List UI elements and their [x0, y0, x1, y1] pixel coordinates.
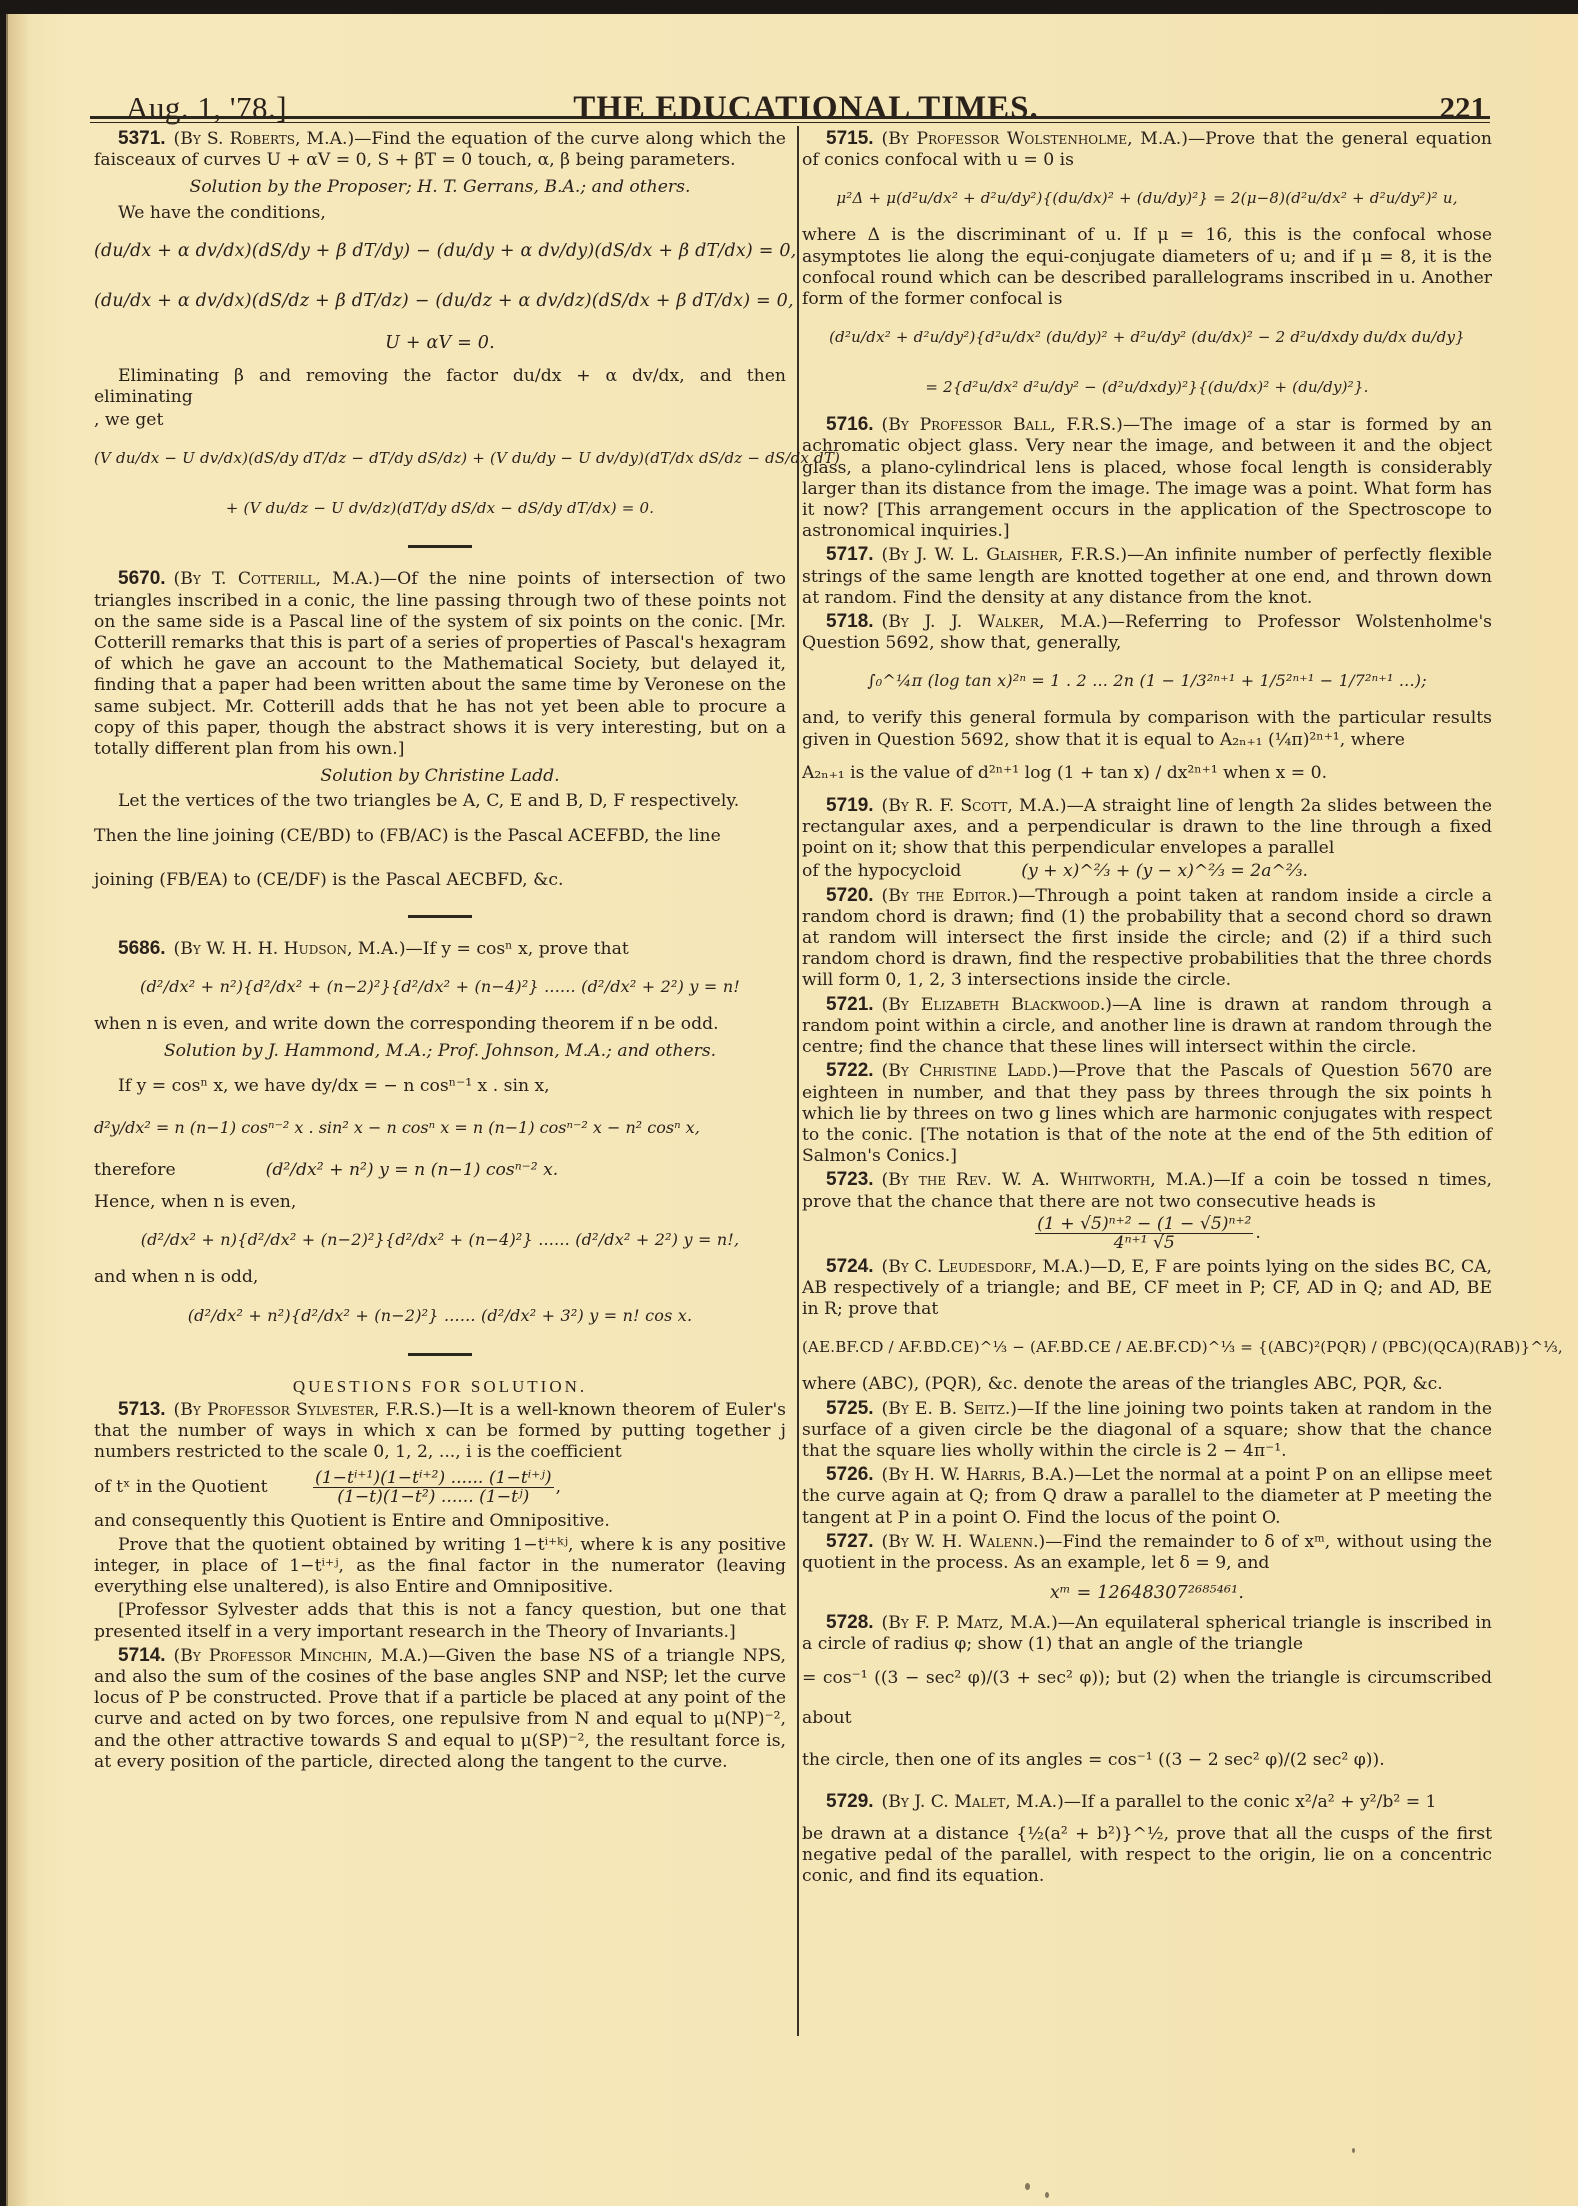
question-number: 5729. — [826, 1791, 874, 1812]
fraction-numerator: (1−tⁱ⁺¹)(1−tⁱ⁺²) ...... (1−tⁱ⁺ʲ) — [313, 1469, 554, 1488]
solution-text: We have the conditions, — [94, 203, 786, 224]
solution-text: If y = cosⁿ x, we have dy/dx = − n cosⁿ⁻… — [94, 1066, 786, 1106]
question-5713: 5713.(By Professor Sylvester, F.R.S.)—It… — [94, 1399, 786, 1643]
question-text: where (ABC), (PQR), &c. denote the areas… — [802, 1374, 1492, 1395]
question-author: (By T. Cotterill, M.A.) — [174, 569, 380, 589]
question-author: (By E. B. Seitz.) — [882, 1399, 1017, 1419]
solution-text: therefore — [94, 1160, 176, 1180]
solution-text: , we get — [94, 410, 786, 431]
question-author: (By Professor Wolstenholme, M.A.) — [882, 129, 1188, 149]
question-number: 5724. — [826, 1256, 874, 1277]
question-5721: 5721.(By Elizabeth Blackwood.)—A line is… — [802, 994, 1492, 1059]
ink-speck — [1025, 2183, 1030, 2190]
question-number: 5725. — [826, 1398, 874, 1419]
question-5715: 5715.(By Professor Wolstenholme, M.A.)—P… — [802, 128, 1492, 410]
equation: U + αV = 0. — [94, 328, 786, 358]
ink-speck — [1352, 2148, 1355, 2153]
question-number: 5670. — [118, 568, 166, 589]
question-text: —If a parallel to the conic x²/a² + y²/b… — [1064, 1792, 1437, 1812]
question-text: where Δ is the discriminant of u. If μ =… — [802, 225, 1492, 310]
equation: (y + x)^⅔ + (y − x)^⅔ = 2a^⅔. — [1021, 861, 1308, 881]
question-5722: 5722.(By Christine Ladd.)—Prove that the… — [802, 1060, 1492, 1167]
equation: (d²/dx² + n²){d²/dx² + (n−2)²} ...... (d… — [94, 1293, 786, 1339]
question-author: (By J. W. L. Glaisher, F.R.S.) — [882, 545, 1128, 565]
question-text: of tˣ in the Quotient — [94, 1477, 268, 1497]
question-number: 5371. — [118, 128, 166, 149]
left-column: 5371.(By S. Roberts, M.A.)—Find the equa… — [94, 128, 786, 1775]
question-author: (By Elizabeth Blackwood.) — [882, 995, 1112, 1015]
question-5719: 5719.(By R. F. Scott, M.A.)—A straight l… — [802, 795, 1492, 883]
question-number: 5728. — [826, 1612, 874, 1633]
question-number: 5718. — [826, 611, 874, 632]
question-5716: 5716.(By Professor Ball, F.R.S.)—The ima… — [802, 414, 1492, 542]
question-author: (By J. C. Malet, M.A.) — [882, 1792, 1064, 1812]
question-5686: 5686.(By W. H. H. Hudson, M.A.)—If y = c… — [94, 938, 786, 1339]
question-5670: 5670.(By T. Cotterill, M.A.)—Of the nine… — [94, 568, 786, 900]
question-5717: 5717.(By J. W. L. Glaisher, F.R.S.)—An i… — [802, 544, 1492, 609]
question-number: 5726. — [826, 1464, 874, 1485]
question-number: 5713. — [118, 1399, 166, 1420]
question-number: 5720. — [826, 885, 874, 906]
question-author: (By C. Leudesdorf, M.A.) — [882, 1257, 1091, 1277]
equation: + (V du/dz − U dv/dz)(dT/dy dS/dx − dS/d… — [94, 485, 786, 531]
question-number: 5722. — [826, 1060, 874, 1081]
question-number: 5716. — [826, 414, 874, 435]
fraction-numerator: (1 + √5)ⁿ⁺² − (1 − √5)ⁿ⁺² — [1035, 1215, 1253, 1234]
ink-speck — [1045, 2192, 1049, 2198]
question-text: when n is even, and write down the corre… — [94, 1014, 786, 1035]
quotient-fraction: (1−tⁱ⁺¹)(1−tⁱ⁺²) ...... (1−tⁱ⁺ʲ) (1−t)(1… — [313, 1469, 554, 1506]
solution-text: Let the vertices of the two triangles be… — [94, 791, 786, 812]
question-author: (By the Editor.) — [882, 886, 1019, 906]
question-author: (By the Rev. W. A. Whitworth, M.A.) — [882, 1170, 1214, 1190]
question-text: of the hypocycloid — [802, 861, 961, 881]
solution-text: Then the line joining (CE/BD) to (FB/AC)… — [94, 815, 786, 857]
equation: (d²/dx² + n²) y = n (n−1) cosⁿ⁻² x. — [266, 1160, 559, 1180]
question-number: 5723. — [826, 1169, 874, 1190]
solution-byline: Solution by J. Hammond, M.A.; Prof. John… — [94, 1041, 786, 1062]
question-5728: 5728.(By F. P. Matz, M.A.)—An equilatera… — [802, 1612, 1492, 1779]
equation: (du/dx + α dv/dx)(dS/dz + β dT/dz) − (du… — [94, 278, 786, 324]
question-author: (By J. J. Walker, M.A.) — [882, 612, 1108, 632]
question-text: A₂ₙ₊₁ is the value of d²ⁿ⁺¹ log (1 + tan… — [802, 753, 1492, 793]
fraction-denominator: (1−t)(1−t²) ...... (1−tʲ) — [313, 1488, 554, 1506]
question-5718: 5718.(By J. J. Walker, M.A.)—Referring t… — [802, 611, 1492, 793]
solution-text: Hence, when n is even, — [94, 1192, 786, 1213]
fraction-denominator: 4ⁿ⁺¹ √5 — [1035, 1234, 1253, 1252]
question-number: 5686. — [118, 938, 166, 959]
question-text: = cos⁻¹ ((3 − sec² φ)/(3 + sec² φ)); but… — [802, 1658, 1492, 1738]
question-text: the circle, then one of its angles = cos… — [802, 1740, 1492, 1780]
question-text: and, to verify this general formula by c… — [802, 708, 1492, 750]
section-separator — [408, 545, 472, 548]
section-heading: QUESTIONS FOR SOLUTION. — [94, 1376, 786, 1397]
question-5727: 5727.(By W. H. Walenn.)—Find the remaind… — [802, 1531, 1492, 1608]
question-number: 5714. — [118, 1645, 166, 1666]
right-column: 5715.(By Professor Wolstenholme, M.A.)—P… — [802, 128, 1492, 1889]
question-author: (By S. Roberts, M.A.) — [174, 129, 355, 149]
question-text: and consequently this Quotient is Entire… — [94, 1511, 786, 1532]
header-rule — [90, 116, 1490, 123]
probability-fraction: (1 + √5)ⁿ⁺² − (1 − √5)ⁿ⁺² 4ⁿ⁺¹ √5 — [1035, 1215, 1253, 1252]
solution-text: Eliminating β and removing the factor du… — [94, 366, 786, 408]
question-number: 5717. — [826, 544, 874, 565]
question-author: (By W. H. H. Hudson, M.A.) — [174, 939, 406, 959]
question-5723: 5723.(By the Rev. W. A. Whitworth, M.A.)… — [802, 1169, 1492, 1251]
question-author: (By Professor Ball, F.R.S.) — [882, 415, 1123, 435]
equation: (V du/dx − U dv/dx)(dS/dy dT/dz − dT/dy … — [94, 435, 786, 481]
solution-byline: Solution by Christine Ladd. — [94, 766, 786, 787]
equation: ∫₀^¼π (log tan x)²ⁿ = 1 . 2 ... 2n (1 − … — [802, 658, 1492, 704]
question-author: (By F. P. Matz, M.A.) — [882, 1613, 1058, 1633]
question-text: be drawn at a distance {½(a² + b²)}^½, p… — [802, 1824, 1492, 1888]
equation: μ²Δ + μ(d²u/dx² + d²u/dy²){(du/dx)² + (d… — [802, 175, 1492, 221]
solution-byline: Solution by the Proposer; H. T. Gerrans,… — [94, 177, 786, 198]
section-separator — [408, 915, 472, 918]
page-header: Aug. 1, '78.] THE EDUCATIONAL TIMES. 221 — [126, 90, 1486, 130]
question-5724: 5724.(By C. Leudesdorf, M.A.)—D, E, F ar… — [802, 1256, 1492, 1396]
question-author: (By Professor Sylvester, F.R.S.) — [174, 1400, 443, 1420]
question-5371: 5371.(By S. Roberts, M.A.)—Find the equa… — [94, 128, 786, 531]
equation: (d²u/dx² + d²u/dy²){d²u/dx² (du/dy)² + d… — [802, 314, 1492, 360]
question-number: 5715. — [826, 128, 874, 149]
question-number: 5721. — [826, 994, 874, 1015]
equation: = 2{d²u/dx² d²u/dy² − (d²u/dxdy)²}{(du/d… — [802, 364, 1492, 410]
question-text: Prove that the quotient obtained by writ… — [94, 1535, 786, 1599]
solution-text: d²y/dx² = n (n−1) cosⁿ⁻² x . sin² x − n … — [94, 1108, 786, 1148]
equation: (du/dx + α dv/dx)(dS/dy + β dT/dy) − (du… — [94, 228, 786, 274]
solution-text: and when n is odd, — [94, 1267, 786, 1288]
equation: (AE.BF.CD / AF.BD.CE)^⅓ − (AF.BD.CE / AE… — [802, 1324, 1492, 1370]
question-author: (By H. W. Harris, B.A.) — [882, 1465, 1075, 1485]
question-5714: 5714.(By Professor Minchin, M.A.)—Given … — [94, 1645, 786, 1773]
section-separator — [408, 1353, 472, 1356]
question-text: —If y = cosⁿ x, prove that — [406, 939, 629, 959]
equation: (d²/dx² + n²){d²/dx² + (n−2)²}{d²/dx² + … — [94, 964, 786, 1010]
equation: xᵐ = 12648307²⁶⁸⁵⁴⁶¹. — [802, 1578, 1492, 1608]
question-5726: 5726.(By H. W. Harris, B.A.)—Let the nor… — [802, 1464, 1492, 1529]
equation: (d²/dx² + n){d²/dx² + (n−2)²}{d²/dx² + (… — [94, 1217, 786, 1263]
question-author: (By Christine Ladd.) — [882, 1061, 1059, 1081]
question-author: (By W. H. Walenn.) — [882, 1532, 1046, 1552]
question-author: (By Professor Minchin, M.A.) — [174, 1646, 429, 1666]
column-divider — [797, 126, 799, 2036]
question-number: 5727. — [826, 1531, 874, 1552]
question-number: 5719. — [826, 795, 874, 816]
question-5725: 5725.(By E. B. Seitz.)—If the line joini… — [802, 1398, 1492, 1463]
question-text: —Of the nine points of intersection of t… — [94, 569, 786, 759]
solution-text: joining (FB/EA) to (CE/DF) is the Pascal… — [94, 859, 786, 901]
question-5729: 5729.(By J. C. Malet, M.A.)—If a paralle… — [802, 1782, 1492, 1888]
question-5720: 5720.(By the Editor.)—Through a point ta… — [802, 885, 1492, 992]
question-author: (By R. F. Scott, M.A.) — [882, 796, 1067, 816]
question-note: [Professor Sylvester adds that this is n… — [94, 1600, 786, 1642]
